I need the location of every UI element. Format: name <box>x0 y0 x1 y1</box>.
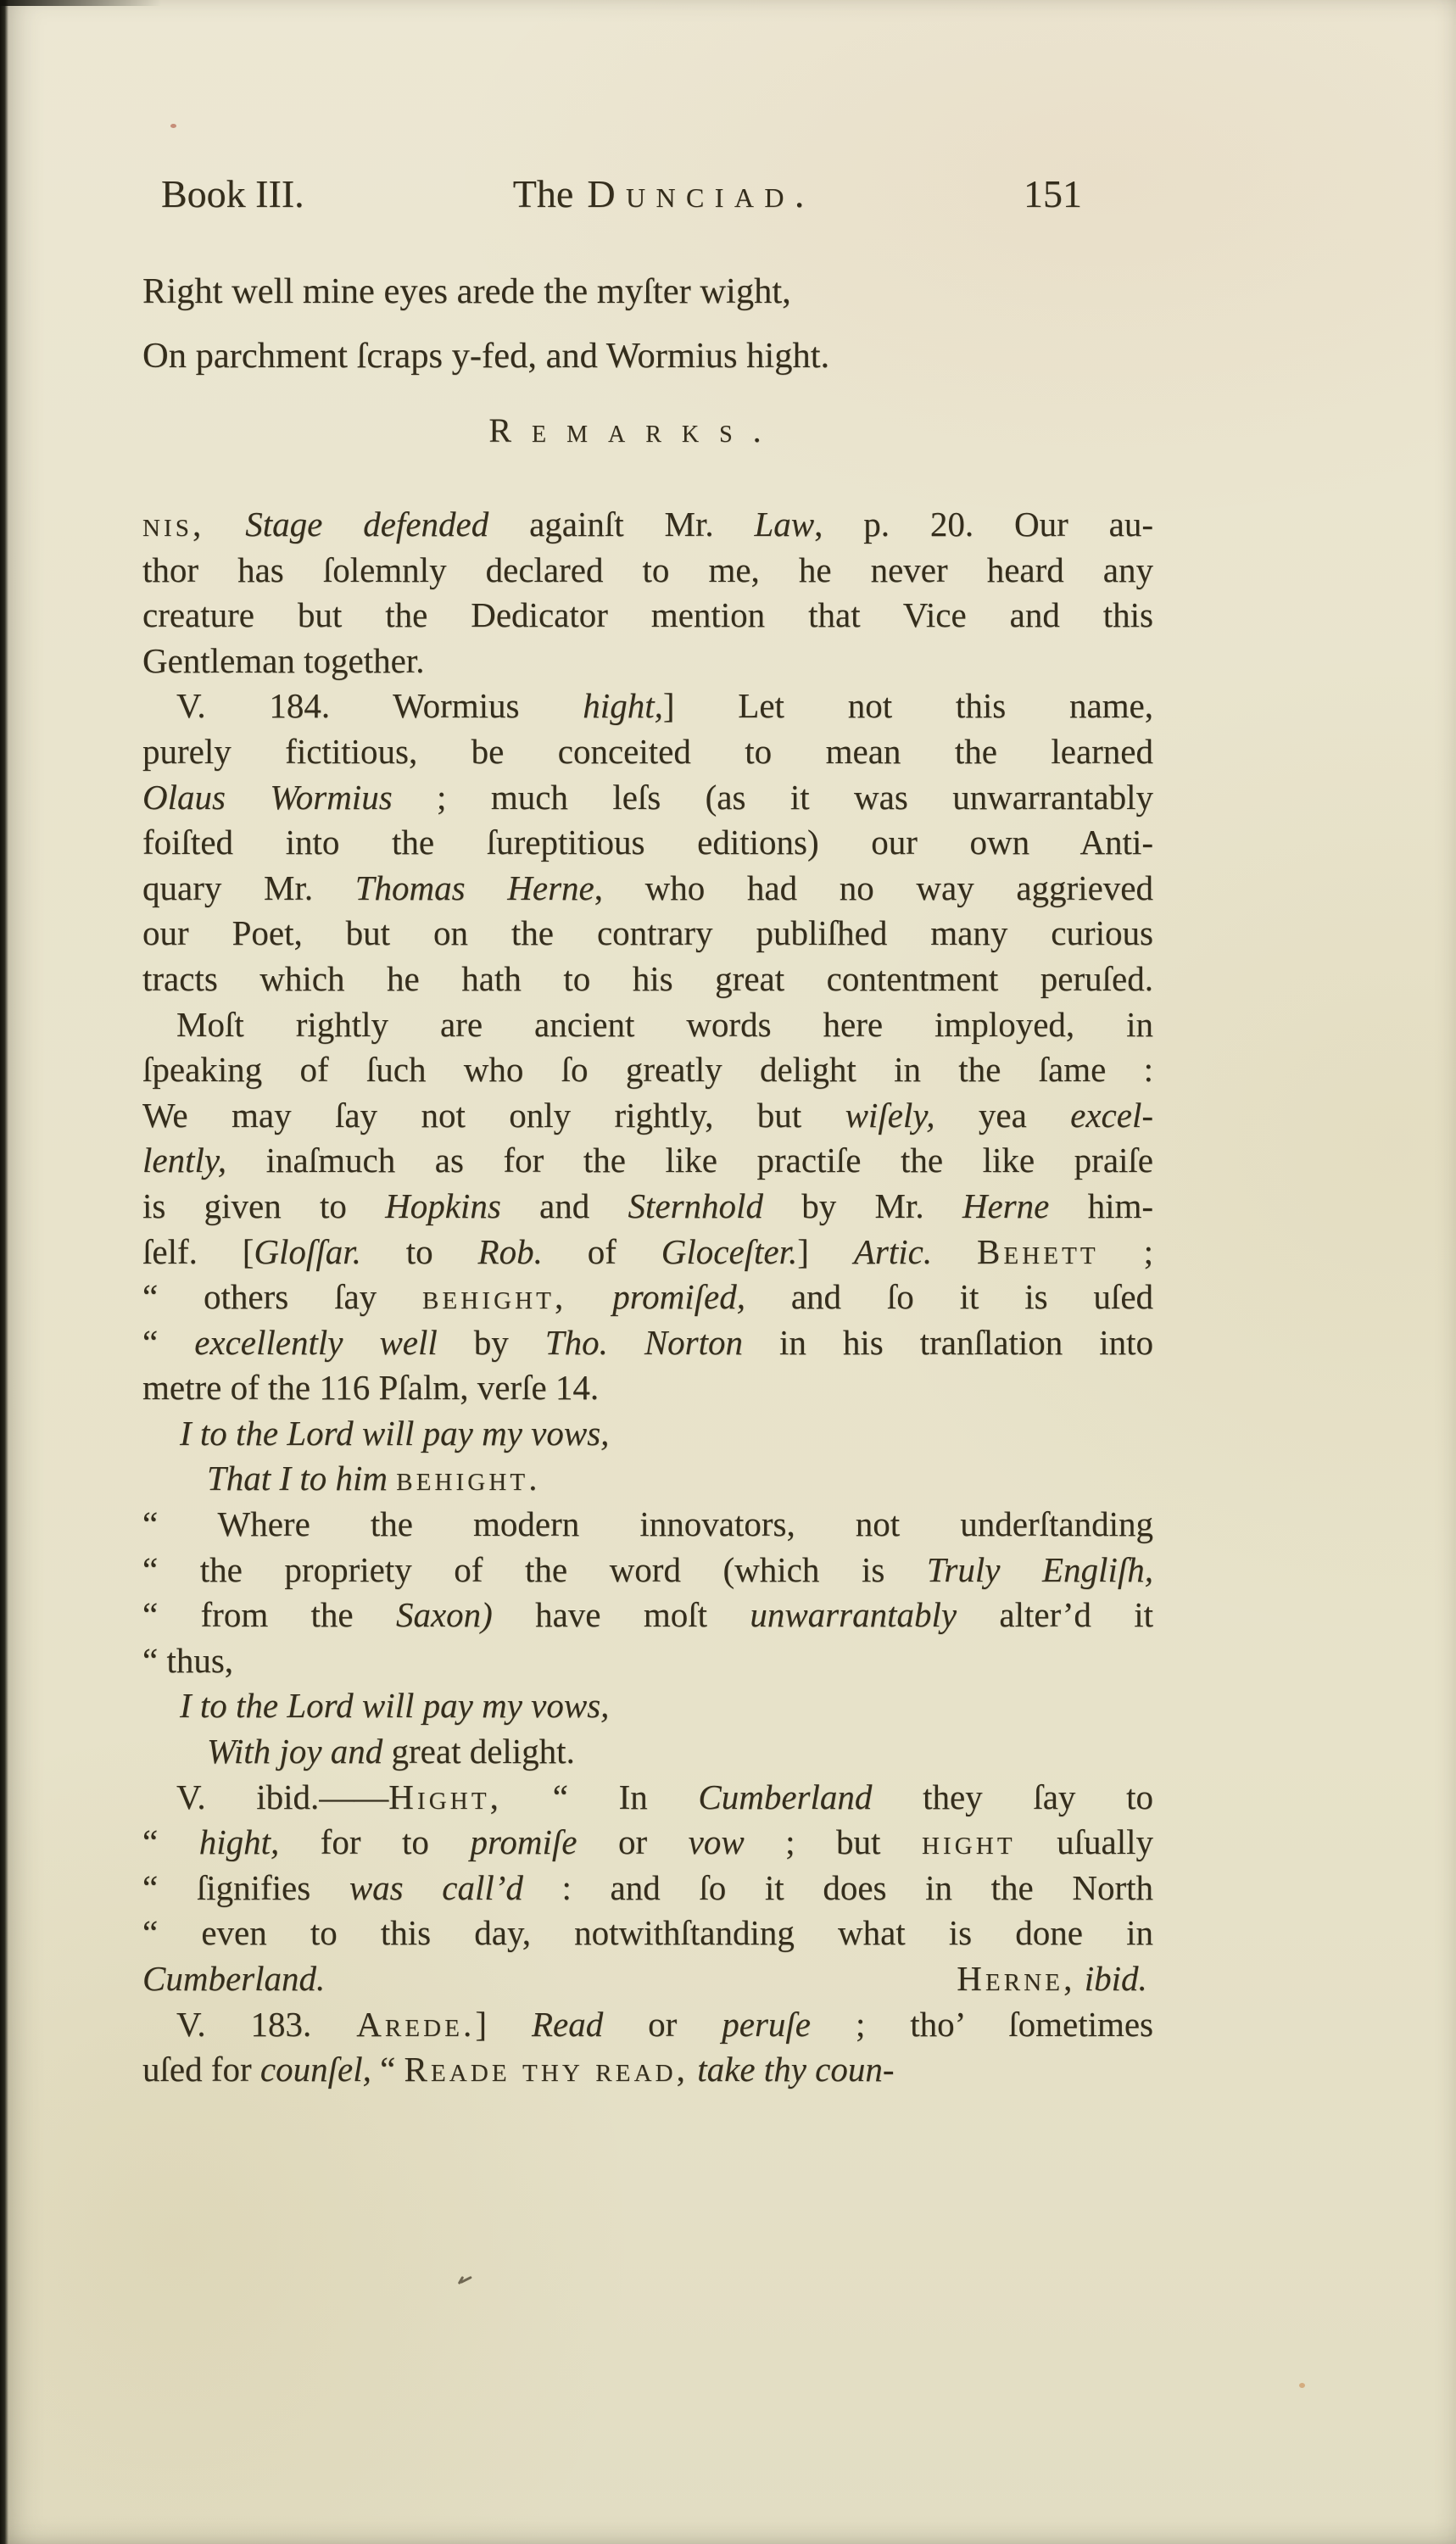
text-line: V. 183. Arede.] Read or peruſe ; tho’ ſo… <box>142 2002 1153 2048</box>
paper-speck <box>1299 2383 1305 2388</box>
paper-speck <box>170 124 176 128</box>
text-line: ſelf. [Gloſſar. to Rob. of Gloceſter.] A… <box>142 1230 1153 1275</box>
title-the: The <box>513 172 574 215</box>
text-line: lently, inaſmuch as for the like practiſ… <box>142 1138 1153 1184</box>
page-title: TheDunciad. <box>513 171 815 216</box>
remarks-heading: Remarks. <box>142 410 1153 450</box>
text-line: With joy and great delight. <box>142 1729 1153 1775</box>
text-line: Gentleman together. <box>142 639 1153 684</box>
text-line: “ from the Saxon) have moſt unwarrantabl… <box>142 1593 1153 1638</box>
verse-line: On parchment ſcraps y-fed, and Wormius h… <box>142 324 829 388</box>
text-line: “ excellently well by Tho. Norton in his… <box>142 1320 1153 1366</box>
text-line: “ the propriety of the word (which is Tr… <box>142 1548 1153 1593</box>
handwritten-ink-mark <box>455 2273 476 2288</box>
text-line: “ ſignifies was call’d : and ſo it does … <box>142 1866 1153 1911</box>
text-line: “ even to this day, notwithſtanding what… <box>142 1911 1153 1956</box>
text-line: nis, Stage defended againſt Mr. Law, p. … <box>142 502 1153 548</box>
poem-verse: Right well mine eyes arede the myſter wi… <box>142 259 829 388</box>
verse-line: Right well mine eyes arede the myſter wi… <box>142 259 829 324</box>
text-line: V. 184. Wormius hight,] Let not this nam… <box>142 683 1153 729</box>
text-line: We may ſay not only rightly, but wiſely,… <box>142 1093 1153 1139</box>
page-number: 151 <box>1024 171 1082 216</box>
text-line: V. ibid.——Hight, “ In Cumberland they ſa… <box>142 1775 1153 1821</box>
scan-top-edge <box>0 0 161 6</box>
title-dunciad: Dunciad. <box>587 172 815 215</box>
text-line: I to the Lord will pay my vows, <box>142 1411 1153 1457</box>
text-line: purely fictitious, be conceited to mean … <box>142 729 1153 775</box>
text-line: thor has ſolemnly declared to me, he nev… <box>142 548 1153 594</box>
text-line: uſed for counſel, “ Reade thy read, take… <box>142 2047 1153 2093</box>
book-number-label: Book III. <box>161 171 304 216</box>
text-line: Moſt rightly are ancient words here impl… <box>142 1002 1153 1048</box>
text-line: metre of the 116 Pſalm, verſe 14. <box>142 1365 1153 1411</box>
text-line: tracts which he hath to his great conten… <box>142 957 1153 1002</box>
text-line: ſpeaking of ſuch who ſo greatly delight … <box>142 1047 1153 1093</box>
text-line: “ hight, for to promiſe or vow ; but hig… <box>142 1820 1153 1866</box>
text-line: our Poet, but on the contrary publiſhed … <box>142 911 1153 957</box>
text-line: I to the Lord will pay my vows, <box>142 1683 1153 1729</box>
text-line: quary Mr. Thomas Herne, who had no way a… <box>142 866 1153 912</box>
text-line: Olaus Wormius ; much leſs (as it was unw… <box>142 775 1153 821</box>
scan-left-edge <box>0 0 8 2544</box>
text-line: creature but the Dedicator mention that … <box>142 593 1153 639</box>
text-line: “ Where the modern innovators, not under… <box>142 1502 1153 1548</box>
page-header: Book III. TheDunciad. 151 <box>161 171 1082 216</box>
text-line: is given to Hopkins and Sternhold by Mr.… <box>142 1184 1153 1230</box>
text-line: “ thus, <box>142 1638 1153 1684</box>
text-line: foiſted into the ſureptitious editions) … <box>142 820 1153 866</box>
text-line: That I to him behight. <box>142 1456 1153 1502</box>
body-text: nis, Stage defended againſt Mr. Law, p. … <box>142 502 1153 2093</box>
scanned-book-page: { "page": { "paper_color": "#e9e4cd", "i… <box>0 0 1456 2544</box>
text-line: “ others ſay behight, promiſed, and ſo i… <box>142 1275 1153 1320</box>
text-line: Cumberland.Herne, ibid. <box>142 1956 1153 2002</box>
